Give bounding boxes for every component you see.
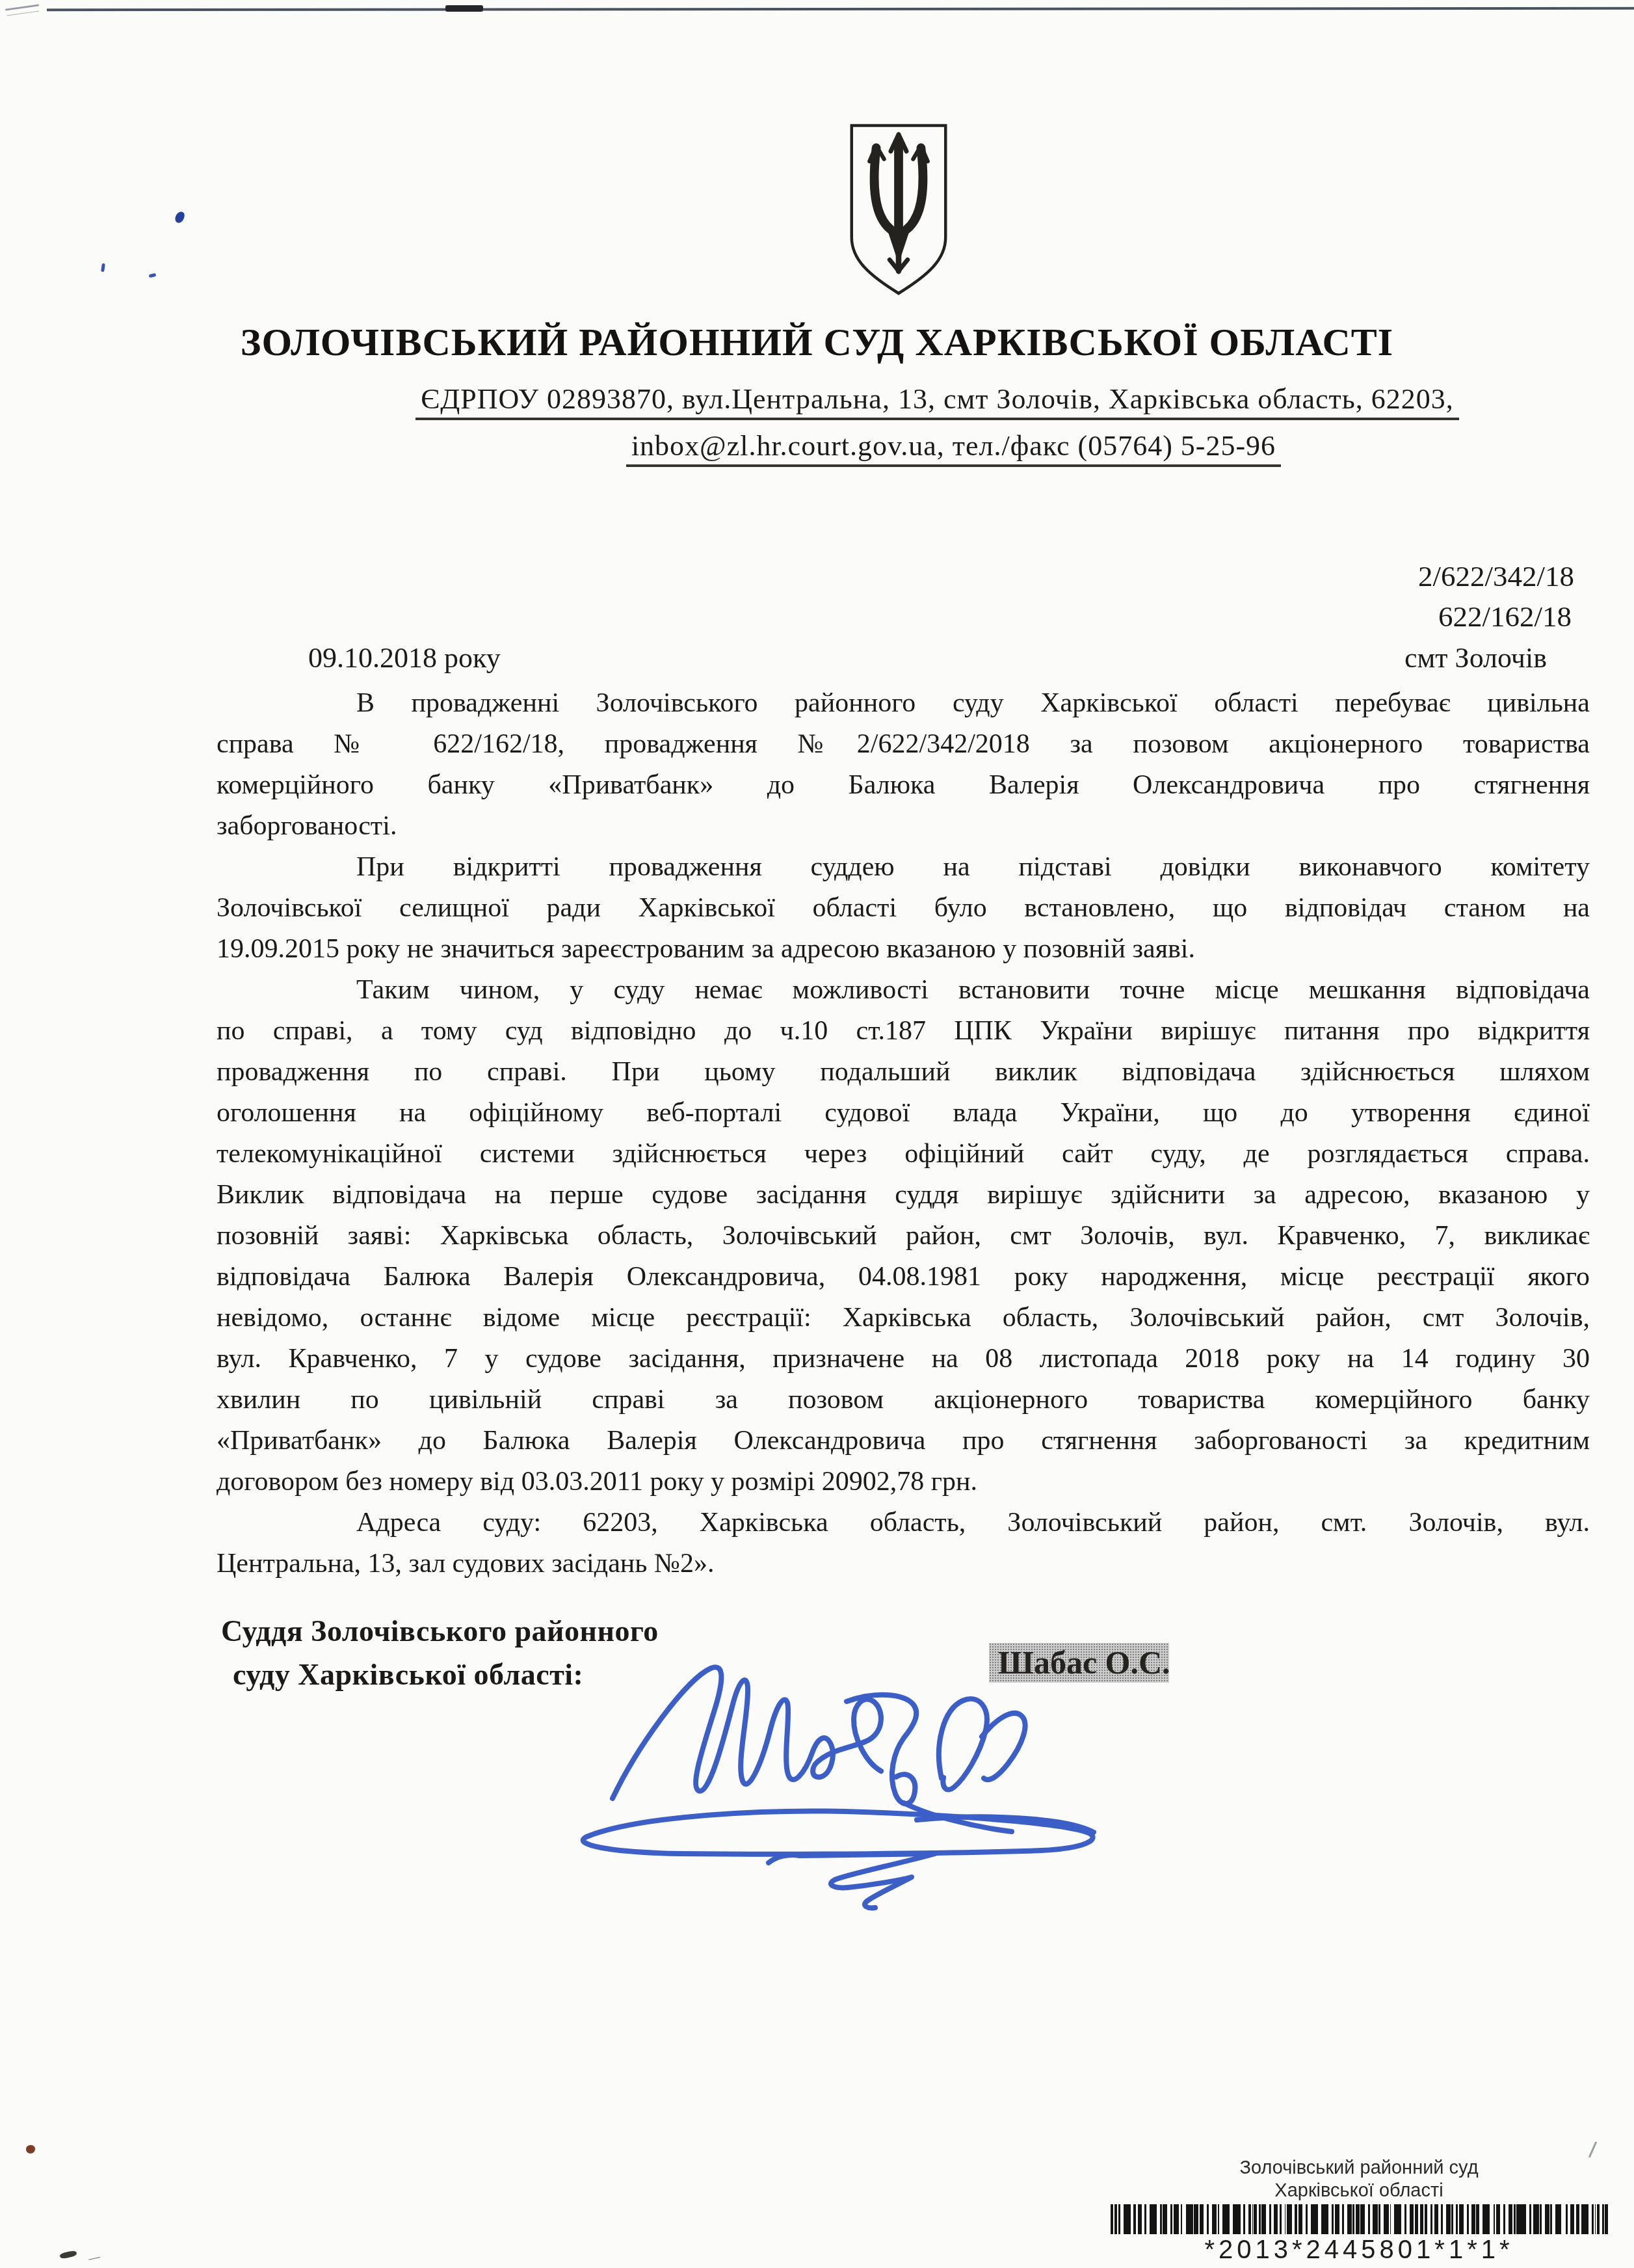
body-line: Таким чином, у суду немає можливості вст… xyxy=(217,970,1590,1011)
body-line: справа № 622/162/18, провадження №2/622/… xyxy=(217,724,1590,765)
body-line: Виклик відповідача на перше судове засід… xyxy=(217,1175,1590,1216)
case-number-proceeding: 2/622/342/18 xyxy=(1418,559,1574,593)
court-address-text: ЄДРПОУ 02893870, вул.Центральна, 13, смт… xyxy=(415,382,1459,420)
ink-speck xyxy=(59,2250,77,2259)
body-line: заборгованості. xyxy=(217,806,1590,847)
footer-court-line1: Золочівський районний суд xyxy=(1105,2157,1613,2180)
court-contact-text: inbox@zl.hr.court.gov.ua, тел./факс (057… xyxy=(626,429,1281,467)
body-line: Центральна, 13, зал судових засідань №2»… xyxy=(217,1543,1590,1584)
body-line: позовній заяві: Харківська область, Золо… xyxy=(217,1216,1590,1257)
body-line: відповідача Балюка Валерія Олександрович… xyxy=(217,1257,1590,1298)
body-line: провадження по справі. При цьому подальш… xyxy=(217,1052,1590,1093)
blue-ink-speck xyxy=(174,210,186,224)
body-line: Золочівської селищної ради Харківської о… xyxy=(217,888,1590,929)
body-line: В провадженні Золочівського районного су… xyxy=(217,683,1590,724)
body-line: хвилин по цивільній справі за позовом ак… xyxy=(217,1380,1590,1421)
body-line: невідомо, останнє відоме місце реєстраці… xyxy=(217,1298,1590,1339)
document-body: В провадженні Золочівського районного су… xyxy=(217,683,1590,1584)
ukraine-trident-icon xyxy=(843,121,955,298)
court-contact-line: inbox@zl.hr.court.gov.ua, тел./факс (057… xyxy=(273,429,1634,467)
body-line: телекомунікаційної системи здійснюється … xyxy=(217,1134,1590,1175)
scanned-court-document-page: ЗОЛОЧІВСЬКИЙ РАЙОННИЙ СУД ХАРКІВСЬКОЇ ОБ… xyxy=(0,0,1634,2268)
footer-court-line2: Харківської області xyxy=(1105,2180,1613,2202)
judge-title-line2: суду Харківської області: xyxy=(233,1657,583,1692)
body-line: вул. Кравченко, 7 у судове засідання, пр… xyxy=(217,1339,1590,1380)
rust-speck xyxy=(26,2145,35,2154)
court-address-line: ЄДРПОУ 02893870, вул.Центральна, 13, смт… xyxy=(241,382,1634,420)
document-place: смт Золочів xyxy=(1404,641,1547,674)
judge-signature xyxy=(553,1639,1138,1925)
body-line: При відкритті провадження суддею на підс… xyxy=(217,847,1590,888)
body-line: Адреса суду: 62203, Харківська область, … xyxy=(217,1502,1590,1543)
pencil-mark xyxy=(5,4,39,10)
blue-ink-speck xyxy=(149,273,157,278)
case-number: 622/162/18 xyxy=(1438,600,1572,634)
scan-edge-line xyxy=(47,7,1634,12)
court-title: ЗОЛОЧІВСЬКИЙ РАЙОННИЙ СУД ХАРКІВСЬКОЇ ОБ… xyxy=(0,320,1634,365)
blue-ink-speck xyxy=(101,263,105,273)
pencil-mark xyxy=(1588,2142,1597,2158)
body-line: оголошення на офіційному веб-порталі суд… xyxy=(217,1093,1590,1134)
scan-edge-blob xyxy=(445,5,483,12)
barcode xyxy=(1111,2204,1608,2234)
body-line: по справі, а тому суд відповідно до ч.10… xyxy=(217,1011,1590,1052)
document-date: 09.10.2018 року xyxy=(308,641,501,674)
body-line: 19.09.2015 року не значиться зареєстрова… xyxy=(217,929,1590,970)
barcode-number: *2013*2445801*1*1* xyxy=(1105,2235,1613,2265)
body-line: «Приватбанк» до Балюка Валерія Олександр… xyxy=(217,1421,1590,1461)
body-line: комерційного банку «Приватбанк» до Балюк… xyxy=(217,765,1590,806)
barcode-block: Золочівський районний суд Харківської об… xyxy=(1105,2157,1613,2265)
body-line: договором без номеру від 03.03.2011 року… xyxy=(217,1461,1590,1502)
